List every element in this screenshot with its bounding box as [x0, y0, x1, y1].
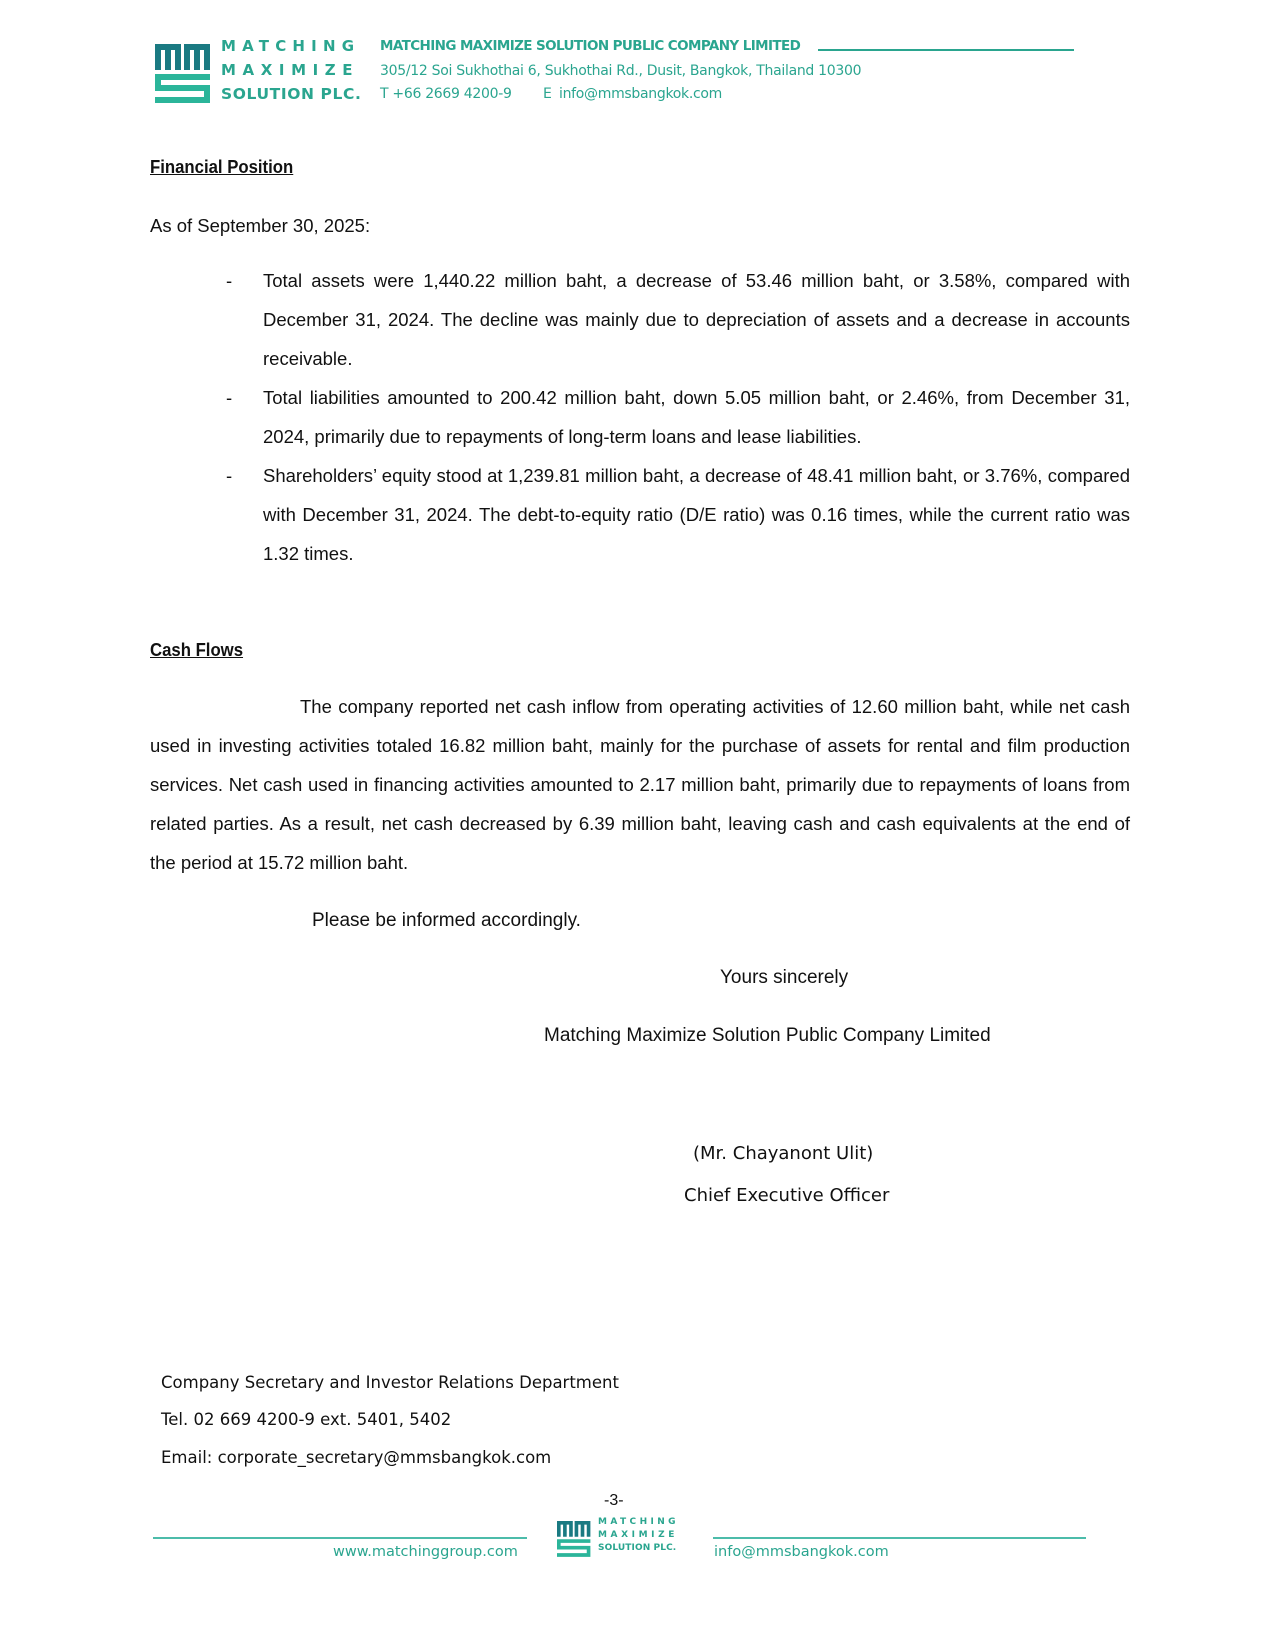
- mms-logo-icon-graphic: [155, 40, 211, 104]
- signatory-title: Chief Executive Officer: [684, 1185, 889, 1206]
- closing-salutation: Yours sincerely: [720, 967, 848, 989]
- list-item-total-assets: Total assets were 1,440.22 million baht,…: [263, 261, 1130, 378]
- header-email[interactable]: info@mmsbangkok.com: [559, 86, 722, 102]
- cash-flows-paragraph: The company reported net cash inflow fro…: [150, 687, 1130, 882]
- logo-text-matching: MATCHING: [221, 37, 360, 55]
- header-email-label: E: [543, 86, 552, 102]
- financial-position-heading: Financial Position: [150, 157, 293, 178]
- bullet-marker: -: [226, 465, 232, 487]
- logo-text-maximize: MAXIMIZE: [221, 61, 359, 79]
- list-item-total-liabilities: Total liabilities amounted to 200.42 mil…: [263, 378, 1130, 456]
- header-rule: [818, 49, 1074, 51]
- footer-logo-text-maximize: MAXIMIZE: [598, 1530, 678, 1540]
- footer-rule-left: [153, 1537, 527, 1539]
- closing-informed: Please be informed accordingly.: [312, 910, 581, 932]
- bullet-marker: -: [226, 387, 232, 409]
- cash-flows-heading: Cash Flows: [150, 640, 243, 661]
- footer-rule-right: [713, 1537, 1086, 1539]
- mms-logo-icon: [155, 40, 211, 104]
- as-of-date: As of September 30, 2025:: [150, 215, 370, 237]
- footer-logo-text-matching: MATCHING: [598, 1517, 679, 1527]
- header-phone: T +66 2669 4200-9: [380, 86, 512, 102]
- header-address: 305/12 Soi Sukhothai 6, Sukhothai Rd., D…: [380, 63, 861, 79]
- page-number: -3-: [604, 1492, 624, 1510]
- footer-email[interactable]: info@mmsbangkok.com: [714, 1544, 889, 1560]
- bullet-marker: -: [226, 270, 232, 292]
- contact-tel: Tel. 02 669 4200-9 ext. 5401, 5402: [161, 1410, 451, 1429]
- footer-mms-logo-icon: [557, 1518, 591, 1558]
- footer-logo-text-solution: SOLUTION PLC.: [598, 1543, 676, 1553]
- footer-logo-graphic: [557, 1518, 591, 1558]
- header-company-name: MATCHING MAXIMIZE SOLUTION PUBLIC COMPAN…: [380, 38, 800, 54]
- footer-website[interactable]: www.matchinggroup.com: [333, 1544, 518, 1560]
- logo-text-solution: SOLUTION PLC.: [221, 85, 361, 103]
- closing-company: Matching Maximize Solution Public Compan…: [544, 1025, 991, 1047]
- contact-email[interactable]: Email: corporate_secretary@mmsbangkok.co…: [161, 1448, 551, 1467]
- list-item-shareholders-equity: Shareholders’ equity stood at 1,239.81 m…: [263, 456, 1130, 573]
- signatory-name: (Mr. Chayanont Ulit): [693, 1143, 873, 1164]
- contact-department: Company Secretary and Investor Relations…: [161, 1373, 619, 1392]
